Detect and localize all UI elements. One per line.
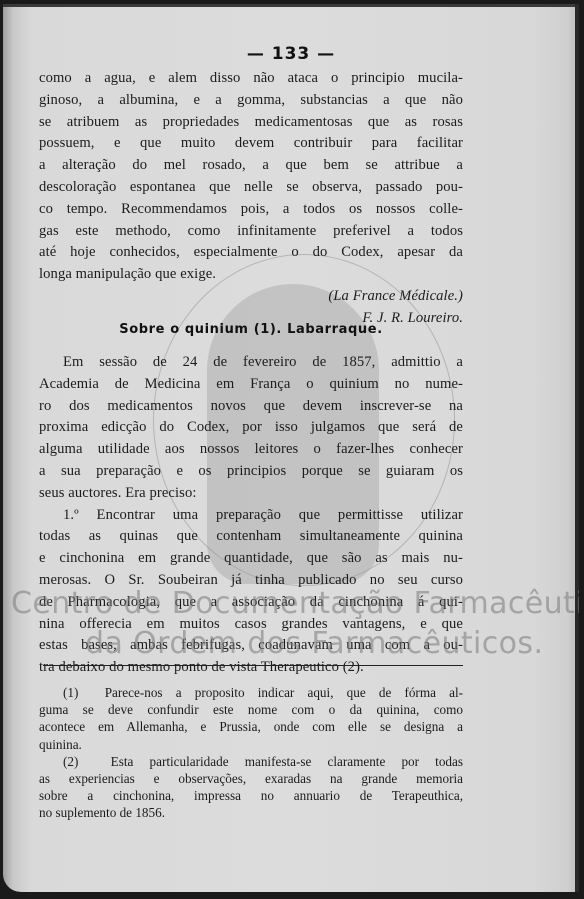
attribution-source: (La France Médicale.)	[39, 286, 463, 308]
footnote-marker: (2)	[63, 754, 78, 769]
text-line: descoloração espontanea que nelle se obs…	[39, 177, 463, 199]
footnote-line: quinina.	[39, 736, 463, 753]
footnote-line: acontece em Allemanha, e Prussia, onde c…	[39, 718, 463, 735]
footnote-divider	[43, 665, 463, 666]
scanned-page: — 133 — como a agua, e alem disso não at…	[3, 4, 579, 892]
body-paragraph-top: como a agua, e alem disso não ataca o pr…	[39, 68, 463, 330]
text-line: seus auctores. Era preciso:	[39, 483, 463, 505]
footnote-1: (1) Parece-nos a proposito indicar aqui,…	[39, 684, 463, 753]
body-paragraph-section: Em sessão de 24 de fevereiro de 1857, ad…	[39, 352, 463, 679]
text-line: tra debaixo do mesmo ponto de vista Ther…	[39, 657, 463, 679]
text-line: todas as quinas que contenham simultanea…	[39, 526, 463, 548]
text-line: se atribuem as propriedades medicamentos…	[39, 112, 463, 134]
page-number: — 133 —	[3, 44, 579, 64]
text-line: alguma utilidade aos nossos leitores o f…	[39, 439, 463, 461]
text-line: co tempo. Recommendamos pois, a todos os…	[39, 199, 463, 221]
footnote-line: no suplemento de 1856.	[39, 804, 463, 821]
text-line: ro dos medicamentos novos que devem insc…	[39, 396, 463, 418]
text-line: estas bases, ambas febrifugas, coadunava…	[39, 635, 463, 657]
text-line: até hoje conhecidos, especialmente o do …	[39, 242, 463, 264]
footnote-line: (1) Parece-nos a proposito indicar aqui,…	[39, 684, 463, 701]
footnote-line: (2) Esta particularidade manifesta-se cl…	[39, 753, 463, 770]
text-line: 1.º Encontrar uma preparação que permitt…	[39, 505, 463, 527]
text-line: longa manipulação que exige.	[39, 264, 463, 286]
text-line: a sua preparação e os principios porque …	[39, 461, 463, 483]
text-line: Em sessão de 24 de fevereiro de 1857, ad…	[39, 352, 463, 374]
text-line: possuem, e que muito devem contribuir pa…	[39, 133, 463, 155]
text-line: como a agua, e alem disso não ataca o pr…	[39, 68, 463, 90]
text-line: nina offerecia em muitos casos grandes v…	[39, 614, 463, 636]
footnote-line: guma se deve confundir este nome com o d…	[39, 701, 463, 718]
text-line: a alteração do mel rosado, a que bem se …	[39, 155, 463, 177]
footnote-line: as experiencias e observações, exaradas …	[39, 770, 463, 787]
footnote-line: sobre a cinchonina, impressa no annuario…	[39, 787, 463, 804]
footnote-2: (2) Esta particularidade manifesta-se cl…	[39, 753, 463, 822]
page-top-edge	[3, 4, 579, 7]
page-right-edge	[575, 4, 579, 892]
text-line: merosas. O Sr. Soubeiran já tinha public…	[39, 570, 463, 592]
text-line: e cinchonina em grande quantidade, que s…	[39, 548, 463, 570]
text-line: proxima edicção do Codex, por isso julga…	[39, 417, 463, 439]
text-line: ginoso, a albumina, e a gomma, substanci…	[39, 90, 463, 112]
footnotes: (1) Parece-nos a proposito indicar aqui,…	[39, 684, 463, 822]
text-line: de Pharmacologia, que a associação da ci…	[39, 592, 463, 614]
footnote-marker: (1)	[63, 685, 78, 700]
text-line: gas este methodo, como infinitamente pre…	[39, 221, 463, 243]
text-line: Academia de Medicina em França o quinium…	[39, 374, 463, 396]
section-title: Sobre o quinium (1). Labarraque.	[3, 322, 499, 337]
